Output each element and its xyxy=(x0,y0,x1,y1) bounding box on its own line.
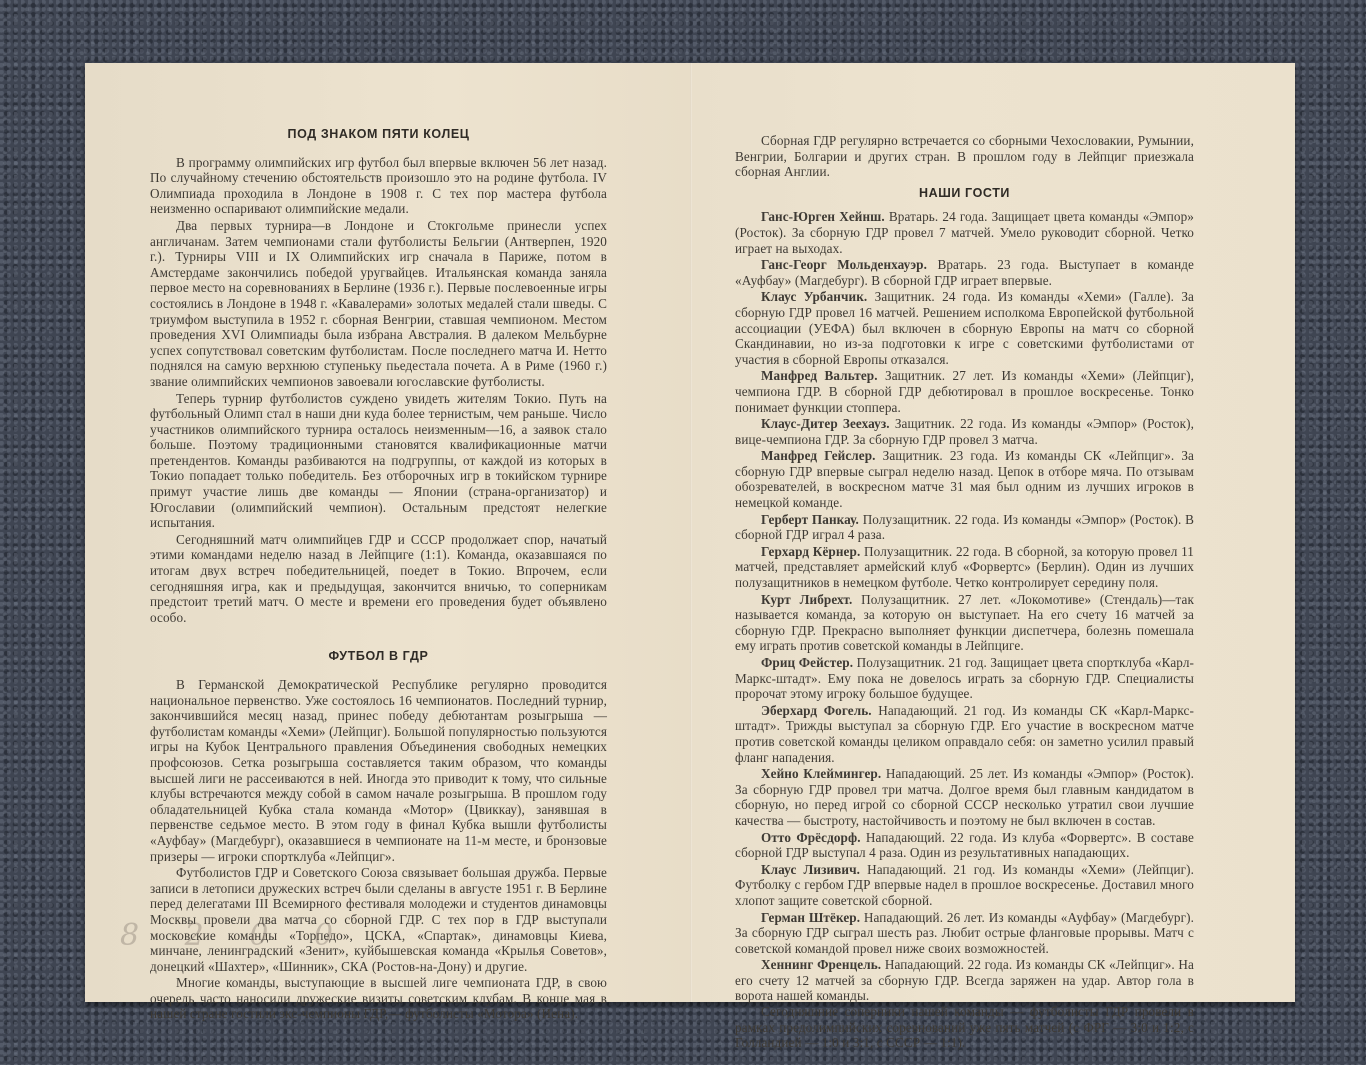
paragraph: Многие команды, выступающие в высшей лиг… xyxy=(150,975,607,1022)
player-entry: Ганс-Георг Мольденхауэр. Вратарь. 23 год… xyxy=(735,257,1194,288)
player-name: Курт Либрехт. xyxy=(761,592,852,607)
player-entry: Фриц Фейстер. Полузащитник. 21 год. Защи… xyxy=(735,655,1194,702)
player-name: Фриц Фейстер. xyxy=(761,655,853,670)
player-name: Клаус Урбанчик. xyxy=(761,289,867,304)
player-name: Отто Фрёсдорф. xyxy=(761,830,861,845)
player-name: Ганс-Георг Мольденхауэр. xyxy=(761,257,927,272)
player-entry: Манфред Вальтер. Защитник. 27 лет. Из ко… xyxy=(735,368,1194,415)
section-title-olympic: ПОД ЗНАКОМ ПЯТИ КОЛЕЦ xyxy=(150,127,607,143)
player-entry: Герман Штёкер. Нападающий. 26 лет. Из ко… xyxy=(735,910,1194,957)
player-name: Клаус-Дитер Зеехауз. xyxy=(761,416,890,431)
player-entry: Герберт Панкау. Полузащитник. 22 года. И… xyxy=(735,512,1194,543)
paragraph: В Германской Демократической Республике … xyxy=(150,677,607,864)
player-entry: Клаус Лизивич. Нападающий. 21 год. Из ко… xyxy=(735,862,1194,909)
player-entry: Курт Либрехт. Полузащитник. 27 лет. «Лок… xyxy=(735,592,1194,654)
player-entry: Клаус Урбанчик. Защитник. 24 года. Из ко… xyxy=(735,289,1194,367)
player-name: Хейно Клеймингер. xyxy=(761,766,881,781)
player-entry: Эберхард Фогель. Нападающий. 21 год. Из … xyxy=(735,703,1194,765)
paragraph: Сегодняшний матч олимпийцев ГДР и СССР п… xyxy=(150,532,607,626)
paragraph: В программу олимпийских игр футбол был в… xyxy=(150,155,607,217)
player-name: Эберхард Фогель. xyxy=(761,703,872,718)
section-title-gdr-football: ФУТБОЛ В ГДР xyxy=(150,649,607,665)
player-entry: Хейно Клеймингер. Нападающий. 25 лет. Из… xyxy=(735,766,1194,828)
player-entry: Хеннинг Френцель. Нападающий. 22 года. И… xyxy=(735,957,1194,1004)
player-entry: Ганс-Юрген Хейнш. Вратарь. 24 года. Защи… xyxy=(735,209,1194,256)
paragraph: Теперь турнир футболистов суждено увидет… xyxy=(150,391,607,531)
player-entry: Клаус-Дитер Зеехауз. Защитник. 22 года. … xyxy=(735,416,1194,447)
player-name: Клаус Лизивич. xyxy=(761,862,860,877)
left-column: ПОД ЗНАКОМ ПЯТИ КОЛЕЦ В программу олимпи… xyxy=(150,127,607,1022)
player-name: Ганс-Юрген Хейнш. xyxy=(761,209,885,224)
player-name: Герхард Кёрнер. xyxy=(761,544,860,559)
player-name: Герман Штёкер. xyxy=(761,910,860,925)
closing-paragraph: Сегодняшние соперники нашей команды — фу… xyxy=(735,1004,1194,1051)
player-entry: Герхард Кёрнер. Полузащитник. 22 года. В… xyxy=(735,544,1194,591)
player-name: Манфред Гейслер. xyxy=(761,448,876,463)
program-booklet: ПОД ЗНАКОМ ПЯТИ КОЛЕЦ В программу олимпи… xyxy=(85,63,1295,1002)
right-page: Сборная ГДР регулярно встречается со сбо… xyxy=(692,63,1295,1002)
player-name: Герберт Панкау. xyxy=(761,512,859,527)
paragraph: Два первых турнира—в Лондоне и Стокгольм… xyxy=(150,218,607,390)
player-name: Хеннинг Френцель. xyxy=(761,957,881,972)
player-entry: Отто Фрёсдорф. Нападающий. 22 года. Из к… xyxy=(735,830,1194,861)
pencil-mark: 8 2 0 0 xyxy=(120,918,370,958)
intro-paragraph: Сборная ГДР регулярно встречается со сбо… xyxy=(735,133,1194,180)
section-title-guests: НАШИ ГОСТИ xyxy=(735,186,1194,202)
left-page: ПОД ЗНАКОМ ПЯТИ КОЛЕЦ В программу олимпи… xyxy=(85,63,690,1002)
player-entry: Манфред Гейслер. Защитник. 23 года. Из к… xyxy=(735,448,1194,510)
right-column: Сборная ГДР регулярно встречается со сбо… xyxy=(735,133,1194,1051)
player-name: Манфред Вальтер. xyxy=(761,368,878,383)
player-list: Ганс-Юрген Хейнш. Вратарь. 24 года. Защи… xyxy=(735,209,1194,1004)
